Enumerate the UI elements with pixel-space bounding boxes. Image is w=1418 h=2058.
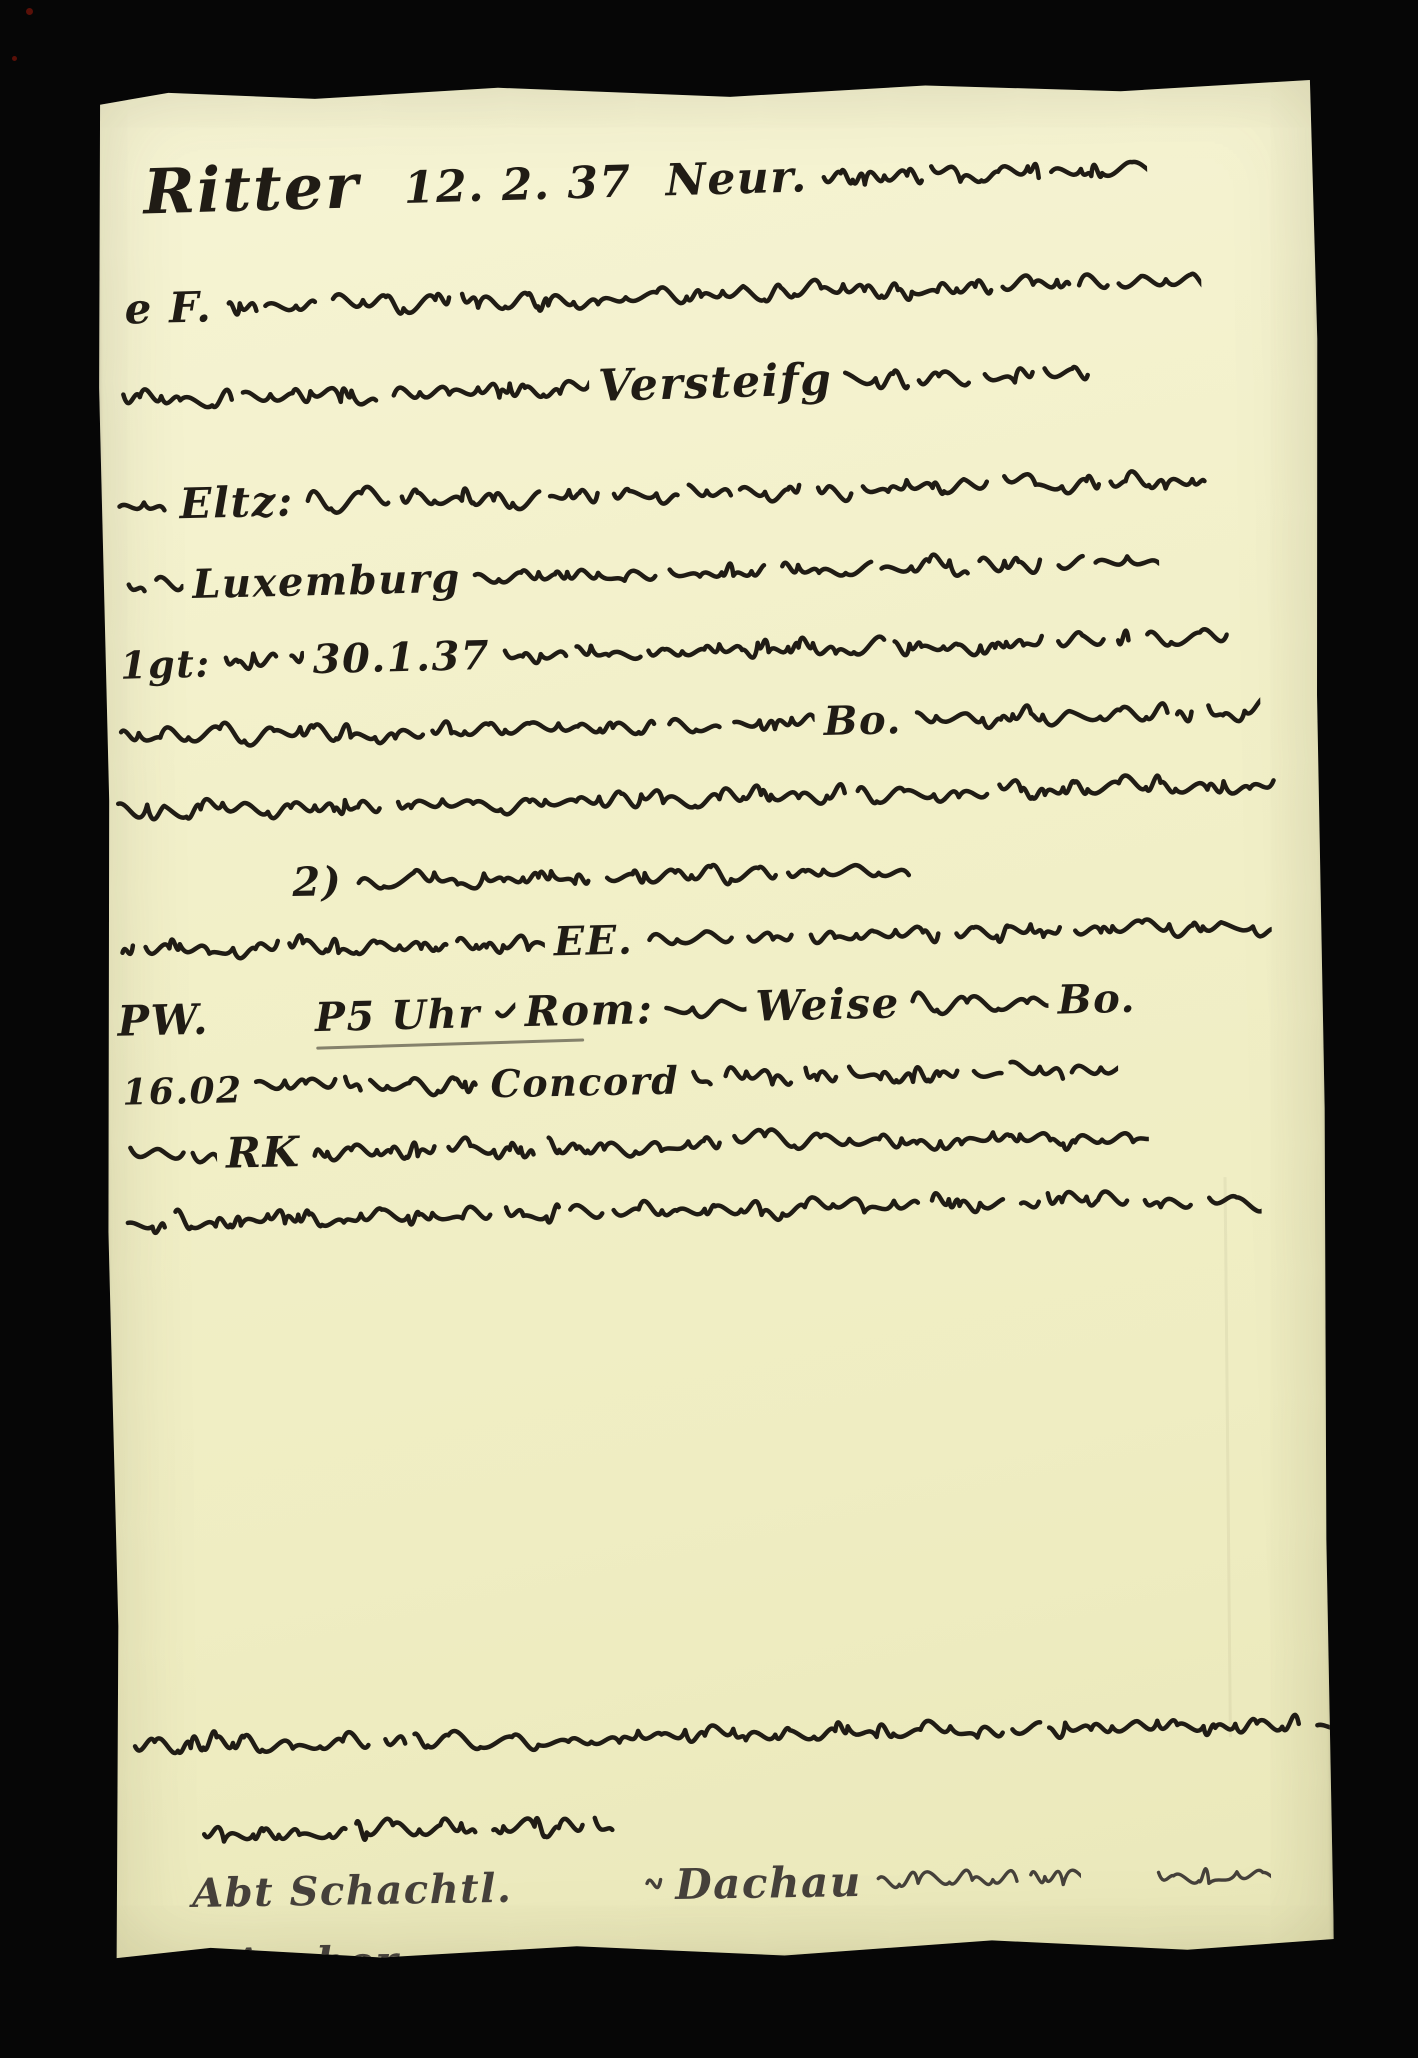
handwriting-line: Versteifg <box>118 338 1092 432</box>
shorthand-stroke <box>114 685 815 767</box>
handwritten-word: Araber <box>229 1941 399 1986</box>
handwritten-word: e F. <box>124 286 213 330</box>
handwriting-line: Eltz: <box>114 444 1213 536</box>
handwritten-word: 12. 2. 37 <box>403 160 632 211</box>
shorthand-stroke <box>816 133 1148 208</box>
handwriting-gap <box>641 209 657 213</box>
handwritten-word: EE. <box>553 921 633 963</box>
shorthand-stroke <box>870 1842 1081 1911</box>
handwritten-word: 16.02 <box>122 1072 243 1110</box>
shorthand-stroke <box>251 1046 482 1117</box>
handwriting-line: Araber <box>192 1926 399 1995</box>
handwritten-word: Ritter <box>142 155 360 223</box>
handwriting-line <box>128 1687 1369 1776</box>
handwriting-gap <box>522 1912 632 1918</box>
shorthand-stroke <box>840 338 1092 411</box>
handwriting-gap <box>370 216 396 221</box>
shorthand-stroke <box>124 1118 217 1186</box>
shorthand-stroke <box>128 1687 1369 1776</box>
shorthand-stroke <box>469 525 1160 607</box>
shorthand-stroke <box>123 548 185 615</box>
handwritten-word: Neur. <box>665 155 808 203</box>
shorthand-stroke <box>489 976 517 1043</box>
handwriting-line: Ritter12. 2. 37Neur. <box>142 133 1147 228</box>
shorthand-stroke <box>1150 1839 1271 1907</box>
handwritten-word: PW. <box>117 999 209 1043</box>
paper-crease <box>1224 1177 1232 1737</box>
handwritten-word: P5 Uhr <box>314 994 481 1038</box>
handwritten-word: Versteifg <box>598 358 833 409</box>
shorthand-stroke <box>662 971 748 1039</box>
handwritten-word: Weise <box>755 982 900 1027</box>
handwritten-word: Luxemburg <box>192 559 461 605</box>
shorthand-stroke <box>688 1034 1119 1109</box>
scan-artifact <box>26 8 33 15</box>
handwriting-line: e F. <box>124 245 1202 340</box>
handwriting-gap <box>218 1043 306 1049</box>
handwritten-word: 30.1.37 <box>312 636 490 680</box>
handwritten-word: Bo. <box>1057 979 1136 1021</box>
note-card-paper: Ritter12. 2. 37Neur.e F.VersteifgEltz:Lu… <box>95 76 1334 1964</box>
handwritten-word: Abt Schachtl. <box>192 1869 513 1914</box>
scan-artifact <box>12 56 17 61</box>
handwritten-word: Concord <box>490 1062 680 1104</box>
handwritten-word: RK <box>226 1131 301 1174</box>
shorthand-stroke <box>114 906 545 982</box>
shorthand-stroke <box>498 602 1229 685</box>
handwritten-word: Bo. <box>823 700 902 742</box>
handwriting-line: Luxemburg <box>123 525 1161 615</box>
handwritten-word: Eltz: <box>179 481 294 526</box>
handwritten-word: 2) <box>292 862 343 903</box>
shorthand-stroke <box>641 888 1272 969</box>
shorthand-stroke <box>908 964 1050 1033</box>
scan-background: { "document_title": "Ritter 12. 2. 37 Ne… <box>0 0 1418 2058</box>
handwritten-word: Rom: <box>524 988 654 1033</box>
shorthand-stroke <box>220 245 1201 337</box>
shorthand-stroke <box>640 1849 667 1915</box>
shorthand-stroke <box>302 444 1213 531</box>
shorthand-stroke <box>118 352 590 432</box>
handwriting-gap <box>1090 1903 1142 1908</box>
shorthand-stroke <box>192 1929 221 1995</box>
handwritten-word: 1gt: <box>120 645 211 685</box>
shorthand-stroke <box>219 623 305 691</box>
shorthand-stroke <box>114 468 172 535</box>
handwritten-word: Dachau <box>675 1861 862 1906</box>
shorthand-stroke <box>910 675 1261 749</box>
